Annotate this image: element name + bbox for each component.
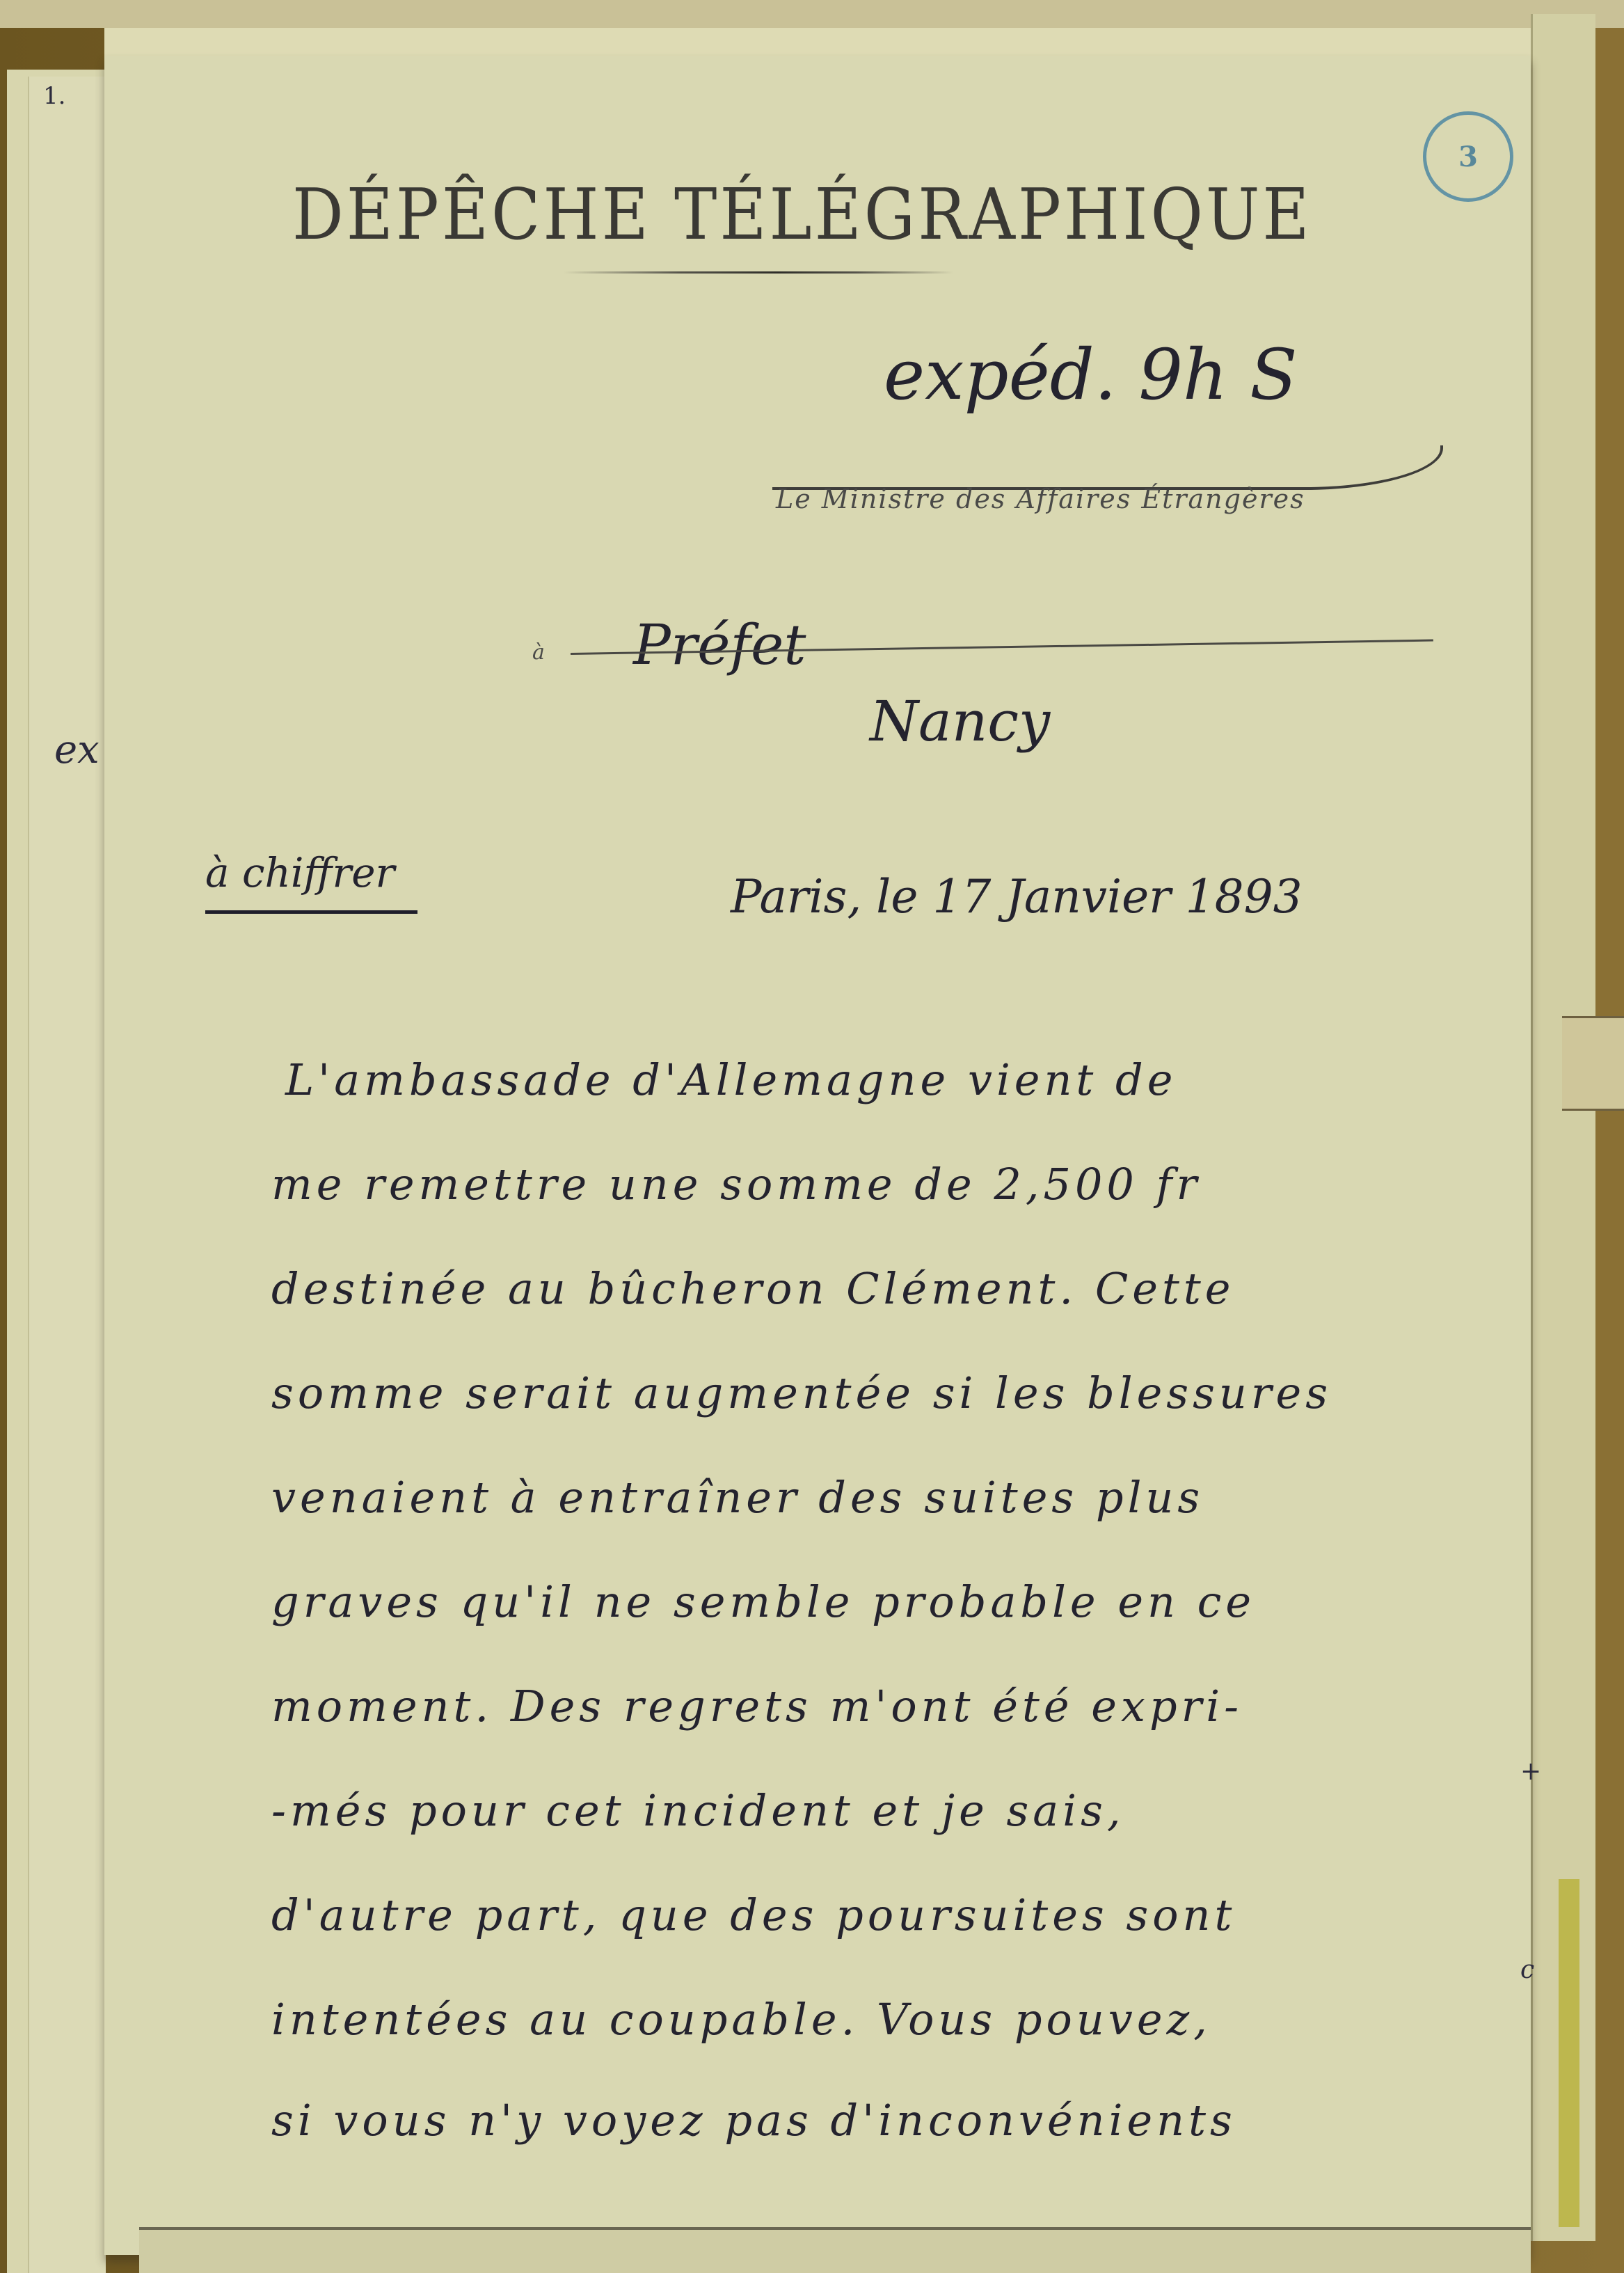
- addressee: Préfet: [633, 612, 806, 677]
- body-line: intentées au coupable. Vous pouvez,: [271, 1994, 1211, 2045]
- title-divider: [564, 271, 953, 274]
- background-sheet-left-inner: [28, 77, 106, 2273]
- yellow-paper-edge: [1559, 1879, 1579, 2227]
- body-line: -més pour cet incident et je sais,: [271, 1785, 1125, 1836]
- instruction-underline: [205, 910, 417, 914]
- right-margin-mark: c: [1520, 1956, 1534, 1984]
- body-line: L'ambassade d'Allemagne vient de: [285, 1054, 1177, 1105]
- body-line: venaient à entraîner des suites plus: [271, 1472, 1204, 1523]
- destination: Nancy: [870, 689, 1050, 754]
- archive-stamp-icon: 3: [1423, 111, 1513, 202]
- page-title: DÉPÊCHE TÉLÉGRAPHIQUE: [292, 174, 1266, 256]
- background-sheet-top: [0, 0, 1624, 28]
- body-line: destinée au bûcheron Clément. Cette: [271, 1263, 1235, 1314]
- left-margin-fragment: ex: [54, 727, 99, 773]
- place-date: Paris, le 17 Janvier 1893: [731, 870, 1303, 924]
- body-line: moment. Des regrets m'ont été expri-: [271, 1681, 1243, 1732]
- sheet-number: 1.: [43, 82, 65, 110]
- body-line: somme serait augmentée si les blessures: [271, 1368, 1332, 1418]
- bottom-paper-fold: [139, 2227, 1531, 2273]
- body-line: me remettre une somme de 2,500 fr: [271, 1159, 1201, 1210]
- cipher-instruction: à chiffrer: [205, 849, 395, 896]
- printed-sender: Le Ministre des Affaires Étrangères: [776, 484, 1305, 514]
- addressee-prefix: à: [532, 640, 546, 665]
- folded-paper-tab: [1562, 1016, 1624, 1111]
- body-line: si vous n'y voyez pas d'inconvénients: [271, 2095, 1236, 2146]
- body-line: d'autre part, que des poursuites sont: [271, 1890, 1236, 1940]
- body-line: graves qu'il ne semble probable en ce: [271, 1576, 1255, 1627]
- dispatch-note: expéd. 9h S: [884, 334, 1298, 415]
- right-margin-plus: +: [1520, 1757, 1541, 1786]
